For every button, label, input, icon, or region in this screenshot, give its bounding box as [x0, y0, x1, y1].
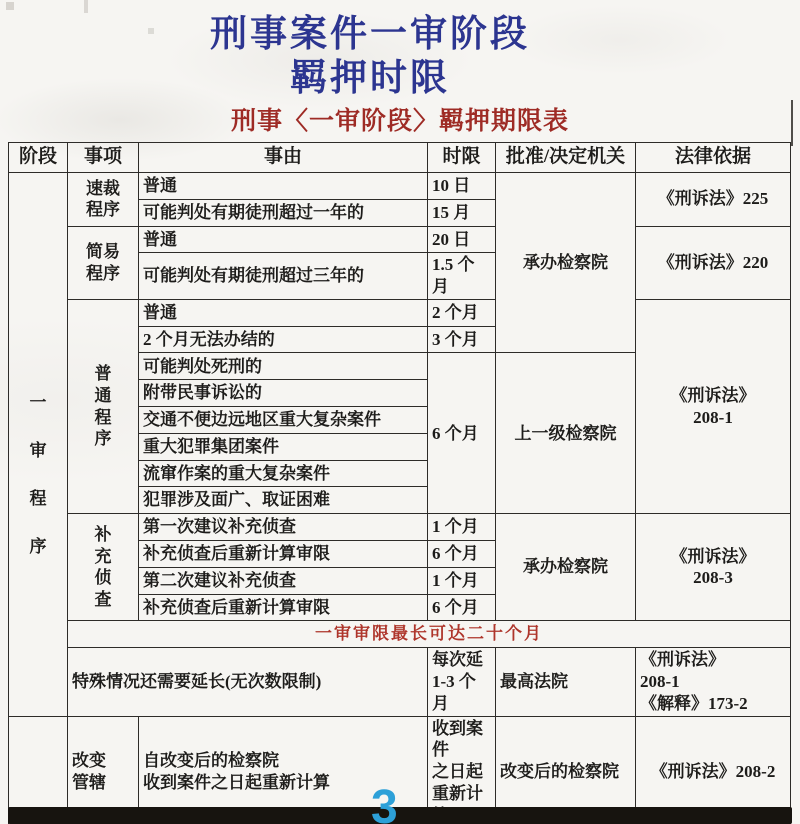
cell-cause: 补充侦查后重新计算审限	[139, 594, 428, 621]
cell-limit: 20 日	[428, 226, 496, 253]
header-row: 阶段 事项 事由 时限 批准/决定机关 法律依据	[9, 143, 791, 173]
page-title-line1: 刑事案件一审阶段	[0, 12, 740, 56]
page-number: 3	[371, 784, 398, 824]
law-208-1: 《刑诉法》 208-1	[636, 299, 791, 513]
item-supplementary: 补 充 侦 查	[68, 514, 139, 621]
cell-cause: 普通	[139, 173, 428, 200]
scan-speck	[6, 2, 14, 10]
detention-limits-table: 阶段 事项 事由 时限 批准/决定机关 法律依据 一 审 程 序 速裁 程序 普…	[8, 142, 791, 824]
scan-artifact-line	[791, 100, 793, 146]
cell-limit: 1 个月	[428, 567, 496, 594]
cell-cause: 普通	[139, 299, 428, 326]
header-stage: 阶段	[9, 143, 68, 173]
authority-higher: 上一级检察院	[496, 353, 636, 514]
law-208-3: 《刑诉法》 208-3	[636, 514, 791, 621]
header-cause: 事由	[139, 143, 428, 173]
cell-cause: 重大犯罪集团案件	[139, 433, 428, 460]
cell-limit: 6 个月	[428, 594, 496, 621]
cell-limit: 1.5 个月	[428, 253, 496, 300]
cell-cause: 犯罪涉及面广、取证困难	[139, 487, 428, 514]
authority-handling: 承办检察院	[496, 173, 636, 353]
bottom-black-bar	[8, 807, 792, 824]
table-row: 普 通 程 序 普通 2 个月 《刑诉法》 208-1	[9, 299, 791, 326]
cell-cause: 流窜作案的重大复杂案件	[139, 460, 428, 487]
cell-limit: 3 个月	[428, 326, 496, 353]
cell-limit: 2 个月	[428, 299, 496, 326]
law-220: 《刑诉法》220	[636, 226, 791, 299]
max-note-text: 一审审限最长可达二十个月	[68, 621, 791, 648]
cell-cause: 附带民事诉讼的	[139, 380, 428, 407]
authority-handling-supplementary: 承办检察院	[496, 514, 636, 621]
cell-cause: 普通	[139, 226, 428, 253]
table-subtitle: 刑事〈一审阶段〉羁押期限表	[0, 101, 800, 137]
cell-limit: 15 月	[428, 199, 496, 226]
stage-cell: 一 审 程 序	[9, 173, 68, 717]
special-extension-row: 特殊情况还需要延长(无次数限制) 每次延 1-3 个月 最高法院 《刑诉法》 2…	[9, 648, 791, 716]
cell-limit: 6 个月	[428, 541, 496, 568]
cell-cause: 可能判处有期徒刑超过三年的	[139, 253, 428, 300]
table-row: 简易 程序 普通 20 日 《刑诉法》220	[9, 226, 791, 253]
header-law: 法律依据	[636, 143, 791, 173]
cell-limit: 1 个月	[428, 514, 496, 541]
page-title: 刑事案件一审阶段 羁押时限	[0, 12, 740, 99]
page-title-line2: 羁押时限	[0, 56, 740, 100]
cell-cause: 可能判处死刑的	[139, 353, 428, 380]
max-note-row: 一审审限最长可达二十个月	[9, 621, 791, 648]
cell-cause: 第二次建议补充侦查	[139, 567, 428, 594]
cell-cause: 第一次建议补充侦查	[139, 514, 428, 541]
cell-cause-special: 特殊情况还需要延长(无次数限制)	[68, 648, 428, 716]
law-special: 《刑诉法》 208-1 《解释》173-2	[636, 648, 791, 716]
law-225: 《刑诉法》225	[636, 173, 791, 227]
cell-limit-six-months: 6 个月	[428, 353, 496, 514]
header-limit: 时限	[428, 143, 496, 173]
authority-supreme: 最高法院	[496, 648, 636, 716]
cell-cause: 可能判处有期徒刑超过一年的	[139, 199, 428, 226]
cell-limit: 10 日	[428, 173, 496, 200]
stage-vertical-text: 一 审 程 序	[30, 391, 47, 559]
header-item: 事项	[68, 143, 139, 173]
header-authority: 批准/决定机关	[496, 143, 636, 173]
scanned-page: 刑事案件一审阶段 羁押时限 刑事〈一审阶段〉羁押期限表 阶段 事项 事由 时限 …	[0, 0, 800, 824]
item-ordinary: 普 通 程 序	[68, 299, 139, 513]
item-expedited: 速裁 程序	[68, 173, 139, 227]
cell-cause: 交通不便边远地区重大复杂案件	[139, 407, 428, 434]
table-row: 一 审 程 序 速裁 程序 普通 10 日 承办检察院 《刑诉法》225	[9, 173, 791, 200]
cell-limit-special: 每次延 1-3 个月	[428, 648, 496, 716]
cell-cause: 补充侦查后重新计算审限	[139, 541, 428, 568]
item-summary: 简易 程序	[68, 226, 139, 299]
table-row: 补 充 侦 查 第一次建议补充侦查 1 个月 承办检察院 《刑诉法》 208-3	[9, 514, 791, 541]
cell-cause: 2 个月无法办结的	[139, 326, 428, 353]
